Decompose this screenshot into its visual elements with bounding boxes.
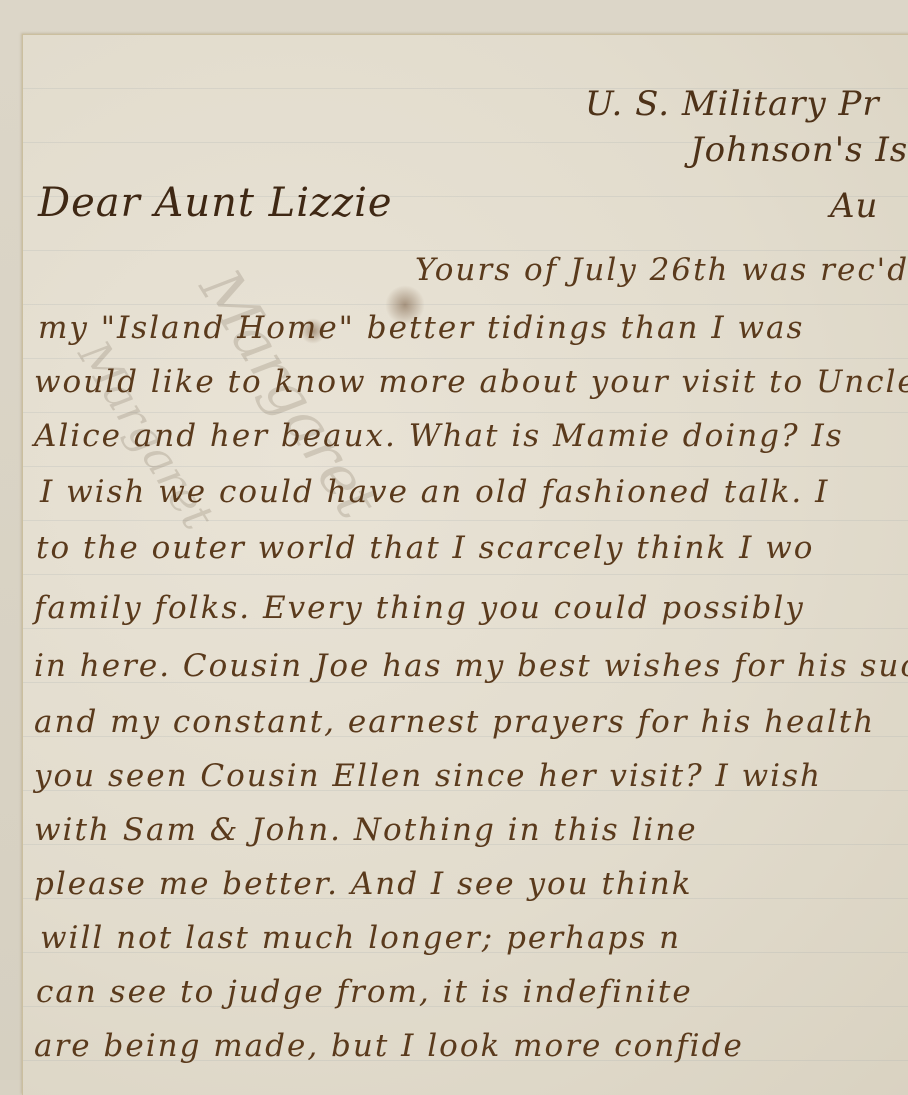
letter-line: can see to judge from, it is indefinite [36,974,693,1010]
letter-line: to the outer world that I scarcely think… [36,530,814,566]
letter-line: in here. Cousin Joe has my best wishes f… [34,648,908,684]
letter-line: Yours of July 26th was rec'd. yest [415,252,908,288]
letter-heading-date: Au [830,186,878,226]
letter-line: with Sam & John. Nothing in this line [34,812,698,848]
letter-line: and my constant, earnest prayers for his… [34,704,875,740]
letter-line: my "Island Home" better tidings than I w… [38,310,804,346]
letter-heading-location: Johnson's Is [690,130,908,170]
letter-line: family folks. Every thing you could poss… [34,590,805,626]
letter-line: are being made, but I look more confide [34,1028,744,1064]
letter-heading-place: U. S. Military Pr [585,84,880,124]
letter-line: Alice and her beaux. What is Mamie doing… [34,418,844,454]
letter-line: would like to know more about your visit… [34,364,908,400]
letter-line: I wish we could have an old fashioned ta… [40,474,829,510]
letter-line: please me better. And I see you think [34,866,693,902]
letter-salutation: Dear Aunt Lizzie [38,180,393,226]
letter-line: you seen Cousin Ellen since her visit? I… [34,758,822,794]
letter-line: will not last much longer; perhaps n [40,920,681,956]
